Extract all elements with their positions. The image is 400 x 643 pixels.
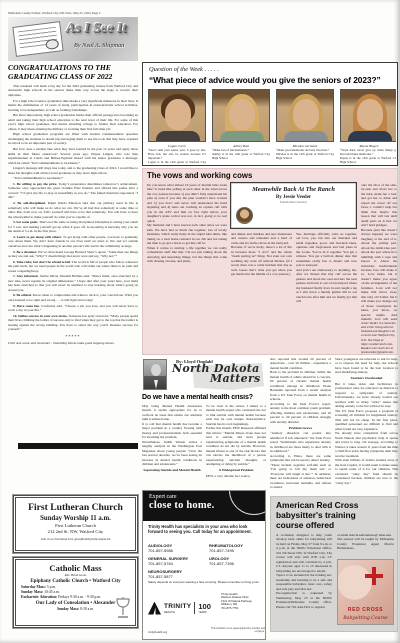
safety-note: Safety depends on everyone wearing a fac… — [148, 581, 260, 585]
section-divider: ***** — [8, 334, 138, 339]
person-card: Logan Curro “Don’t rush your senior year… — [148, 89, 206, 166]
eoe-note: This institution is an equal opportunity… — [201, 627, 265, 633]
vows-col-1: Do you know what almost 16 years of mari… — [147, 183, 227, 353]
torso — [348, 131, 392, 142]
vows-col-3: onto the floor of the side-by-side and d… — [361, 183, 397, 267]
question-headline: “What piece of advice would you give the… — [149, 75, 395, 85]
brief-col-b: or email marcia.hellandsaas@ ndsu.edu. T… — [337, 533, 394, 557]
person-card: Micalea Germann “Make good memories and … — [276, 89, 334, 166]
pastor-name: Rev. Brian Gross — [21, 573, 130, 577]
torso — [220, 131, 264, 142]
specialty: UROLOGY701-857-7396 — [209, 556, 265, 566]
subhead: Separating Suicide and Mental Health — [142, 468, 202, 472]
feature-credit: Forum News Service — [231, 200, 356, 204]
commandment: 7. Stay informed. Justice Oliver Wendell… — [8, 274, 138, 292]
column-logo-title: As I See It — [66, 21, 126, 37]
trinity-logo: TRINITY HEALTH 100YEARS — [148, 593, 218, 623]
newspaper-sketch-icon — [12, 21, 63, 57]
person-card: Ashley Ruiz “Make lots of fun memories.”… — [212, 89, 270, 166]
subhead: Teachers Overloaded — [335, 376, 398, 380]
schedule-line: Sunday Mass: 8:30 a.m. — [21, 607, 130, 611]
first-lutheran-ad: First Lutheran Church Sunday Worship 11 … — [13, 495, 138, 553]
commandment: 4. Learn to get along with others. To ge… — [8, 235, 138, 248]
church-address: 212 2nd St. NW, Watford City — [19, 529, 132, 535]
mental-health-headline: Do we have a mental health crisis? — [142, 394, 270, 401]
facebook-note: Join us on Facebook Live @watfordcitylut… — [19, 537, 132, 541]
babysitting-script: Babysitting Course — [338, 616, 393, 621]
portrait-photo — [148, 89, 206, 142]
closing-line: Until next week, and remember - Stumblin… — [8, 341, 138, 345]
person-card: Rayna Blegen “Work hard, never give up w… — [340, 89, 396, 166]
schedule-line: Saturday Mass: 5 p.m. — [21, 585, 130, 589]
subhead: A Widespread Problem — [206, 468, 266, 472]
commandment: 1. Be willing to pay the price. Today’s … — [8, 182, 138, 200]
ad-intro: Trinity Health has specialists in your a… — [148, 524, 260, 535]
chalice-icon — [115, 597, 131, 619]
subhead: Problem Grows — [270, 426, 331, 430]
paragraph: Lingen’s message still rings true today,… — [8, 166, 138, 175]
divider-bar — [18, 443, 138, 449]
catholic-mass-ad: Catholic Mass Rev. Brian Gross Epiphany … — [13, 557, 138, 628]
vows-article-box: The vows and working cows Meanwhile Back… — [142, 168, 398, 355]
author-bio: Jessie Veeder is a musician and writer l… — [361, 321, 397, 354]
mass-title: Catholic Mass — [21, 563, 130, 573]
kicker: Question of the Week . . . . . — [149, 66, 349, 73]
brief-col-a: A workshop designed to help youth develo… — [276, 533, 332, 628]
vows-col-2b: Yes, marriage officially joins us togeth… — [296, 232, 357, 353]
person-caption: “Make good memories and stay involved.” … — [276, 148, 334, 160]
schedule-line: Sunday Mass: 10:45 a.m. — [21, 590, 130, 594]
commandment: 5. Be a dreamer. We’ve often heard Georg… — [8, 250, 138, 259]
mh-col-2: To be clear at the outset, I talked to a… — [206, 404, 266, 489]
specialty: GENERAL SURGERY701-857-5764 — [148, 556, 204, 566]
ad-header-line2: close to home. — [149, 500, 259, 511]
as-i-see-it-logo: As I See It By Neal A. Shipman — [8, 17, 138, 61]
red-cross-label: RED CROSS — [338, 607, 393, 613]
vows-headline: The vows and working cows — [147, 171, 387, 180]
vows-col-2a: and dinner and children and new business… — [231, 232, 292, 353]
question-of-week-box: Question of the Week . . . . . “What pie… — [142, 62, 398, 166]
face — [165, 99, 191, 130]
torso — [284, 131, 328, 142]
people-row: Logan Curro “Don’t rush your senior year… — [148, 89, 396, 166]
page-folio: McKenzie County Farmer, Watford City, ND… — [8, 11, 208, 15]
specialty: AUDIOLOGY701-857-5986 — [148, 543, 204, 553]
portrait-photo — [276, 89, 334, 142]
column-logo-byline: By Neal A. Shipman — [74, 43, 124, 49]
paragraph: “Ten Commandments to Graduates:” — [8, 176, 138, 180]
person-caption: “Make lots of fun memories.” Ashley is i… — [212, 148, 270, 160]
paragraph: This weekend will mark a big day for the… — [8, 84, 138, 97]
face — [357, 99, 383, 130]
specialties-left: AUDIOLOGY701-857-5986 GENERAL SURGERY701… — [148, 543, 204, 582]
newspaper-page: McKenzie County Farmer, Watford City, ND… — [0, 0, 400, 643]
author-photo — [236, 207, 253, 224]
church-2: Our Lady of Consolation • Alexander — [21, 601, 130, 606]
mh-col-1: May being Mental Health Awareness month,… — [142, 404, 202, 489]
nd-matters-logo: By: Lloyd Omdahl North DakotaMatters — [142, 357, 266, 392]
church-title: First Lutheran Church — [19, 502, 132, 513]
torso — [156, 131, 200, 142]
red-cross-brief: American Red Cross babysitter's training… — [270, 496, 398, 632]
trinity-100-badge: 100YEARS — [194, 602, 211, 614]
mh-col-4: Since youngsters are reluctant to ask fo… — [335, 357, 398, 493]
face — [293, 99, 319, 130]
paragraph: But how does a student take what they ha… — [8, 147, 138, 165]
schedule-line: Eucharistic Adoration: Fridays 9:30 a.m.… — [21, 595, 130, 599]
commandment: 3. Set some goals. That’s not the same a… — [8, 220, 138, 233]
commandment: 8. Be ethical. Know when to compromise a… — [8, 293, 138, 302]
meanwhile-ranch-box: Meanwhile Back At The Ranch By Jessie Ve… — [230, 182, 357, 229]
trinity-logo-sub: HEALTH — [164, 610, 191, 614]
trinity-logo-icon — [148, 602, 161, 615]
website: trinityhealth.org — [148, 630, 198, 634]
feature-title: Meanwhile Back At The Ranch — [231, 186, 356, 193]
omdahl-photo — [143, 359, 167, 390]
portrait-photo — [212, 89, 270, 142]
commandment: 9. Have some fun. Confucius said, “Choos… — [8, 304, 138, 313]
person-caption: “Don’t rush your senior year, it goes by… — [148, 148, 206, 167]
commandment: 6. Take risks; but don’t be afraid to fa… — [8, 260, 138, 273]
paragraph: But more importantly, high school gradua… — [8, 113, 138, 131]
ad-header: Expert care close to home. — [143, 491, 265, 521]
trinity-logo-name: TRINITY — [164, 603, 191, 610]
column-headline: CONGRATULATIONS TO THE GRADUATING CLASS … — [8, 64, 138, 82]
trinity-health-ad: Expert care close to home. Trinity Healt… — [142, 490, 266, 640]
worship-time: Sunday Worship 11 a.m. — [19, 515, 132, 522]
paragraph: High school graduation programs are fill… — [8, 132, 138, 145]
person-caption: “Work hard, never give up when things ge… — [340, 148, 396, 164]
mh-col-3: also reported that around 20 percent of … — [270, 357, 331, 493]
vows-col-4: because love will make it so. Love helps… — [361, 268, 397, 320]
commandment: 2. Be self-disciplined. Ralph Waldo Emer… — [8, 201, 138, 219]
specialties-right: RHEUMATOLOGY701-857-7495 UROLOGY701-857-… — [209, 543, 265, 569]
nd-matters-script: North DakotaMatters — [172, 364, 261, 385]
specialty: NEUROSURGERY701-857-5877 — [148, 569, 204, 579]
column-body: This weekend will mark a big day for the… — [8, 84, 138, 440]
portrait-photo — [340, 89, 396, 142]
face — [229, 99, 255, 130]
specialty: RHEUMATOLOGY701-857-7495 — [209, 543, 265, 553]
babysitting-course-photo: RED CROSS Babysitting Course — [337, 559, 394, 625]
red-cross-icon — [365, 567, 383, 585]
paragraph: For a high school senior, graduation tim… — [8, 99, 138, 112]
clinic-address: Trinity Health Western Dakota Clinic 132… — [221, 593, 265, 610]
church-1: Epiphany Catholic Church • Watford City — [21, 579, 130, 584]
commandment: 10. Define success in your own terms. So… — [8, 314, 138, 332]
brief-headline: American Red Cross babysitter's training… — [276, 501, 392, 531]
